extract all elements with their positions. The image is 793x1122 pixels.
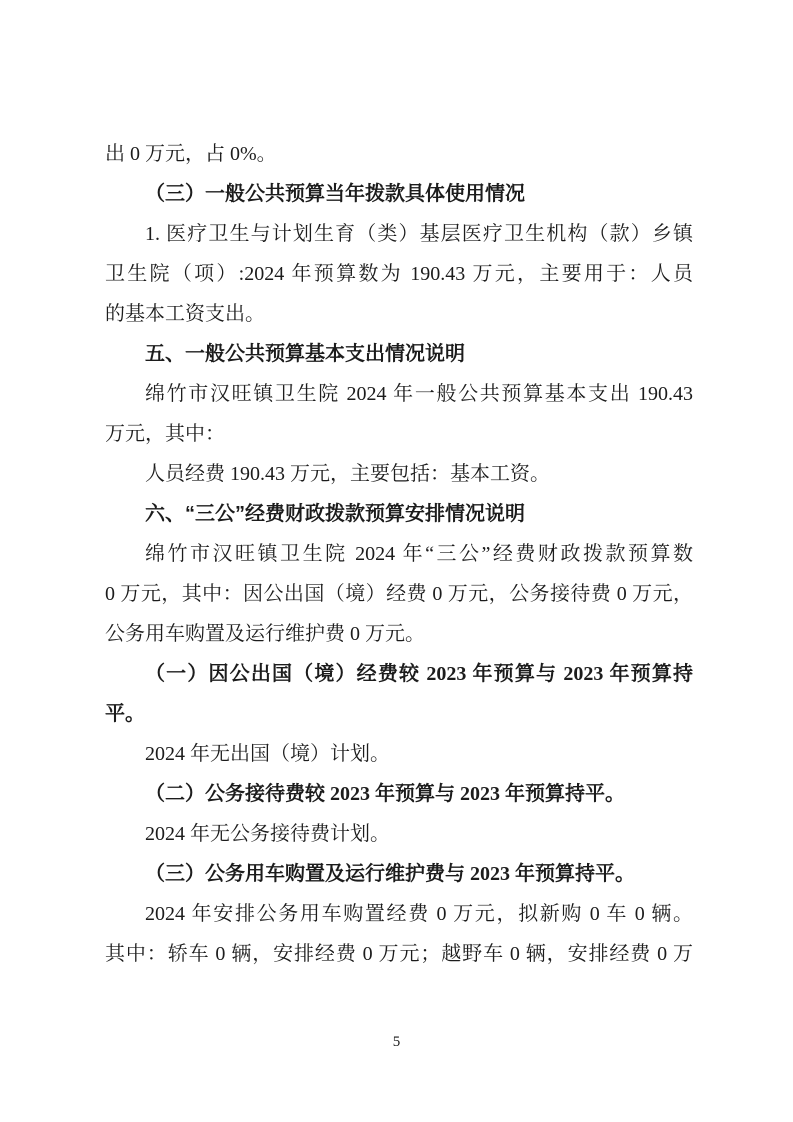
subheading-item-1: （一）因公出国（境）经费较 2023 年预算与 2023 年预算持 [105,654,693,694]
section-heading-5: 五、一般公共预算基本支出情况说明 [105,334,693,374]
section-heading-6: 六、“三公”经费财政拨款预算安排情况说明 [105,494,693,534]
text-line: 人员经费 190.43 万元，主要包括：基本工资。 [105,454,693,494]
text-line: 绵竹市汉旺镇卫生院 2024 年“三公”经费财政拨款预算数 [105,534,693,574]
text-line: 的基本工资支出。 [105,294,693,334]
page-number: 5 [0,1032,793,1052]
document-content: 出 0 万元，占 0%。 （三）一般公共预算当年拨款具体使用情况 1. 医疗卫生… [105,134,693,974]
text-line: 卫生院（项）:2024 年预算数为 190.43 万元，主要用于：人员 [105,254,693,294]
text-line: 2024 年安排公务用车购置经费 0 万元，拟新购 0 车 0 辆。 [105,894,693,934]
subheading-item-2: （二）公务接待费较 2023 年预算与 2023 年预算持平。 [105,774,693,814]
text-line: 1. 医疗卫生与计划生育（类）基层医疗卫生机构（款）乡镇 [105,214,693,254]
subheading-item-3: （三）公务用车购置及运行维护费与 2023 年预算持平。 [105,854,693,894]
text-line: 2024 年无出国（境）计划。 [105,734,693,774]
text-line: 其中：轿车 0 辆，安排经费 0 万元；越野车 0 辆，安排经费 0 万 [105,934,693,974]
text-line: 绵竹市汉旺镇卫生院 2024 年一般公共预算基本支出 190.43 [105,374,693,414]
text-line: 2024 年无公务接待费计划。 [105,814,693,854]
subheading-continuation: 平。 [105,694,693,734]
subheading-section-3: （三）一般公共预算当年拨款具体使用情况 [105,174,693,214]
text-line: 万元，其中： [105,414,693,454]
document-page: 出 0 万元，占 0%。 （三）一般公共预算当年拨款具体使用情况 1. 医疗卫生… [0,0,793,1122]
text-line: 公务用车购置及运行维护费 0 万元。 [105,614,693,654]
text-line: 出 0 万元，占 0%。 [105,134,693,174]
text-line: 0 万元，其中：因公出国（境）经费 0 万元，公务接待费 0 万元， [105,574,693,614]
